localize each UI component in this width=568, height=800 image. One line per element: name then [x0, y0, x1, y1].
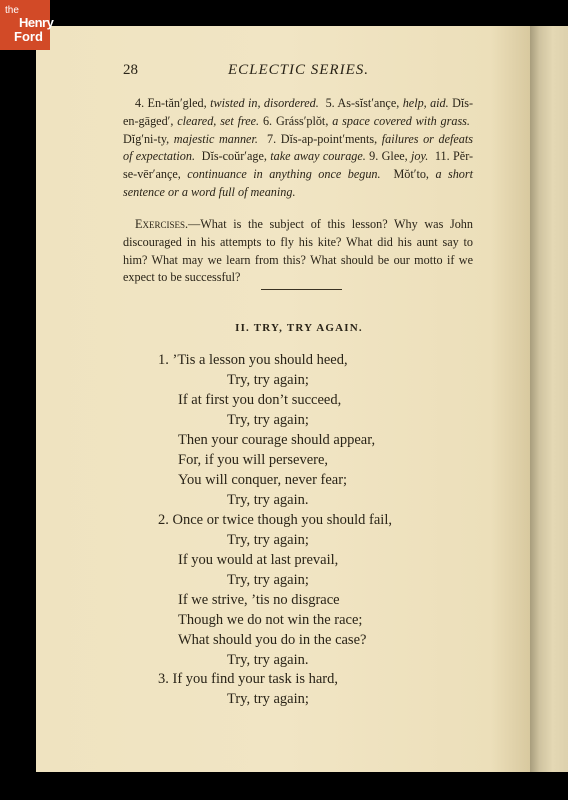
poem-line: Then your courage should appear,	[158, 430, 375, 450]
poem-stanza-1: 1. ’Tis a lesson you should heed, Try, t…	[158, 350, 375, 510]
page-header: 28 ECLECTIC SERIES.	[123, 62, 453, 82]
poem-line: Try, try again;	[158, 689, 338, 709]
poem-line: You will conquer, never fear;	[158, 470, 375, 490]
poem-line: If we strive, ’tis no disgrace	[158, 590, 392, 610]
poem-line: If at first you don’t succeed,	[158, 390, 375, 410]
poem-line: Try, try again.	[158, 650, 392, 670]
poem-line: Though we do not win the race;	[158, 610, 392, 630]
poem-line: If you would at last prevail,	[158, 550, 392, 570]
running-title: ECLECTIC SERIES.	[228, 62, 369, 79]
exercises-paragraph: Exercises.—What is the subject of this l…	[123, 216, 473, 287]
poem-line: 2. Once or twice though you should fail,	[158, 510, 392, 530]
vocabulary-definitions: 4. En-tăn′gled, twisted in, disordered. …	[123, 95, 473, 202]
logo-text-henry: Henry	[19, 16, 53, 29]
poem-line: Try, try again;	[158, 410, 375, 430]
poem-line: Try, try again.	[158, 490, 375, 510]
henry-ford-logo: the Henry Ford	[0, 0, 50, 50]
poem-line: Try, try again;	[158, 370, 375, 390]
poem-line: Try, try again;	[158, 530, 392, 550]
poem-line: Try, try again;	[158, 570, 392, 590]
section-divider	[261, 289, 342, 290]
poem-line: What should you do in the case?	[158, 630, 392, 650]
poem-stanza-3: 3. If you find your task is hard, Try, t…	[158, 669, 338, 709]
lesson-title: II. TRY, TRY AGAIN.	[0, 322, 568, 334]
page-number: 28	[123, 62, 138, 79]
exercises-label: Exercises.	[135, 217, 188, 231]
logo-text-the: the	[5, 6, 19, 16]
facing-page-edge	[530, 26, 568, 772]
poem-line: 3. If you find your task is hard,	[158, 669, 338, 689]
poem-line: 1. ’Tis a lesson you should heed,	[158, 350, 375, 370]
logo-text-ford: Ford	[14, 30, 43, 43]
poem-line: For, if you will persevere,	[158, 450, 375, 470]
poem-stanza-2: 2. Once or twice though you should fail,…	[158, 510, 392, 670]
